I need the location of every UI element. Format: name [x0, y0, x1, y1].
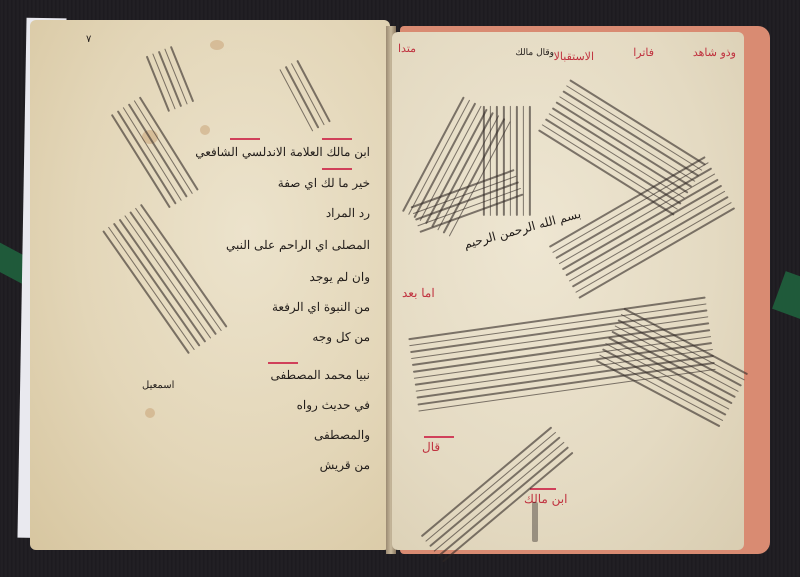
- bottom-note: اسمعيل: [142, 380, 174, 391]
- header-text: وقال مالك: [515, 48, 554, 58]
- header-rubric: وذو شاهد: [693, 46, 736, 59]
- left-manuscript-page: ٧ ابن مالك العلامة الاندلسي الشافعي خير …: [30, 20, 390, 550]
- ink-smudge: [532, 502, 538, 542]
- rubric-overline: [424, 436, 454, 438]
- rubric-label: اما بعد: [402, 286, 435, 300]
- header-rubric: متدا: [398, 42, 416, 55]
- main-text-line: وان لم يوجد: [310, 270, 370, 284]
- stain: [145, 408, 155, 418]
- margin-note: [275, 57, 336, 134]
- margin-note: [107, 94, 203, 211]
- rubric-label: قال: [422, 440, 440, 454]
- main-text-line: في حديث رواه: [297, 398, 370, 412]
- main-text-line: من النبوة اي الرفعة: [272, 300, 370, 314]
- main-text-line: من كل وجه: [312, 330, 370, 344]
- stain: [200, 125, 210, 135]
- margin-note: [98, 201, 231, 357]
- main-text-line: من قريش: [320, 458, 370, 472]
- right-manuscript-page: وذو شاهد فاترا الاستقبالا وقال مالك متدا…: [392, 32, 744, 550]
- main-text-line: رد المراد: [326, 206, 370, 220]
- header-rubric: الاستقبالا: [554, 50, 594, 63]
- main-text-line: المصلى اي الراحم على النبي: [226, 238, 370, 252]
- rubric-overline: [322, 138, 352, 140]
- rubric-overline: [268, 362, 298, 364]
- header-rubric: فاترا: [633, 46, 654, 59]
- rubric-overline: [230, 138, 260, 140]
- main-text-line: والمصطفى: [314, 428, 370, 442]
- page-mark: ٧: [86, 34, 91, 45]
- rubric-overline: [322, 168, 352, 170]
- stain: [210, 40, 224, 50]
- main-text-line: نبيا محمد المصطفى: [270, 368, 370, 382]
- main-text-line: خير ما لك اي صفة: [278, 176, 370, 190]
- main-text-line: ابن مالك العلامة الاندلسي الشافعي: [195, 145, 370, 159]
